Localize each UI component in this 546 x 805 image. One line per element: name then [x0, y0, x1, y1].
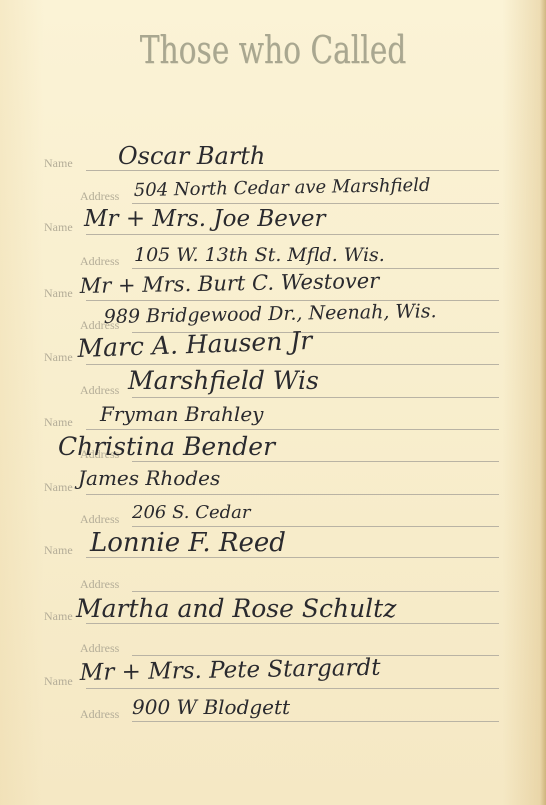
name-label: Name — [44, 480, 73, 495]
name-line — [86, 300, 499, 301]
entry-address: 105 W. 13th St. Mfld. Wis. — [134, 244, 385, 266]
address-line — [132, 461, 499, 462]
address-line — [132, 397, 499, 398]
entry-name: Fryman Brahley — [100, 402, 263, 426]
name-line — [86, 623, 499, 624]
name-line — [86, 170, 499, 171]
address-line — [132, 203, 499, 204]
address-line — [132, 268, 499, 269]
entry-address: 206 S. Cedar — [132, 502, 251, 523]
address-line — [132, 721, 499, 722]
guest-book-page: Those who Called Name Address Name Addre… — [0, 0, 546, 805]
name-label: Name — [44, 415, 73, 430]
address-label: Address — [80, 254, 119, 269]
name-line — [86, 494, 499, 495]
page-title: Those who Called — [60, 28, 486, 72]
address-line — [132, 526, 499, 527]
address-label: Address — [80, 577, 119, 592]
name-label: Name — [44, 220, 73, 235]
entry-name: Mr + Mrs. Joe Bever — [84, 206, 326, 232]
entry-address: Marshfield Wis — [128, 366, 319, 395]
entry-name: Lonnie F. Reed — [90, 528, 286, 558]
address-label: Address — [80, 707, 119, 722]
name-label: Name — [44, 674, 73, 689]
name-line — [86, 429, 499, 430]
entry-name: James Rhodes — [78, 466, 220, 490]
address-label: Address — [80, 189, 119, 204]
name-label: Name — [44, 156, 73, 171]
entry-name: Christina Bender — [58, 432, 275, 461]
address-line — [132, 591, 499, 592]
name-label: Name — [44, 543, 73, 558]
address-label: Address — [80, 383, 119, 398]
entry-address: 989 Bridgewood Dr., Neenah, Wis. — [104, 300, 437, 328]
entry-name: Oscar Barth — [118, 142, 265, 170]
address-label: Address — [80, 512, 119, 527]
page-edge — [540, 0, 546, 805]
entry-name: Mr + Mrs. Pete Stargardt — [80, 655, 381, 686]
name-line — [86, 688, 499, 689]
name-label: Name — [44, 609, 73, 624]
entry-name: Mr + Mrs. Burt C. Westover — [80, 269, 380, 298]
entry-address: 504 North Cedar ave Marshfield — [134, 175, 431, 201]
address-label: Address — [80, 641, 119, 656]
entry-name: Martha and Rose Schultz — [76, 594, 396, 623]
entry-address: 900 W Blodgett — [132, 695, 290, 719]
name-label: Name — [44, 286, 73, 301]
name-line — [86, 234, 499, 235]
name-line — [86, 364, 499, 365]
name-label: Name — [44, 350, 73, 365]
